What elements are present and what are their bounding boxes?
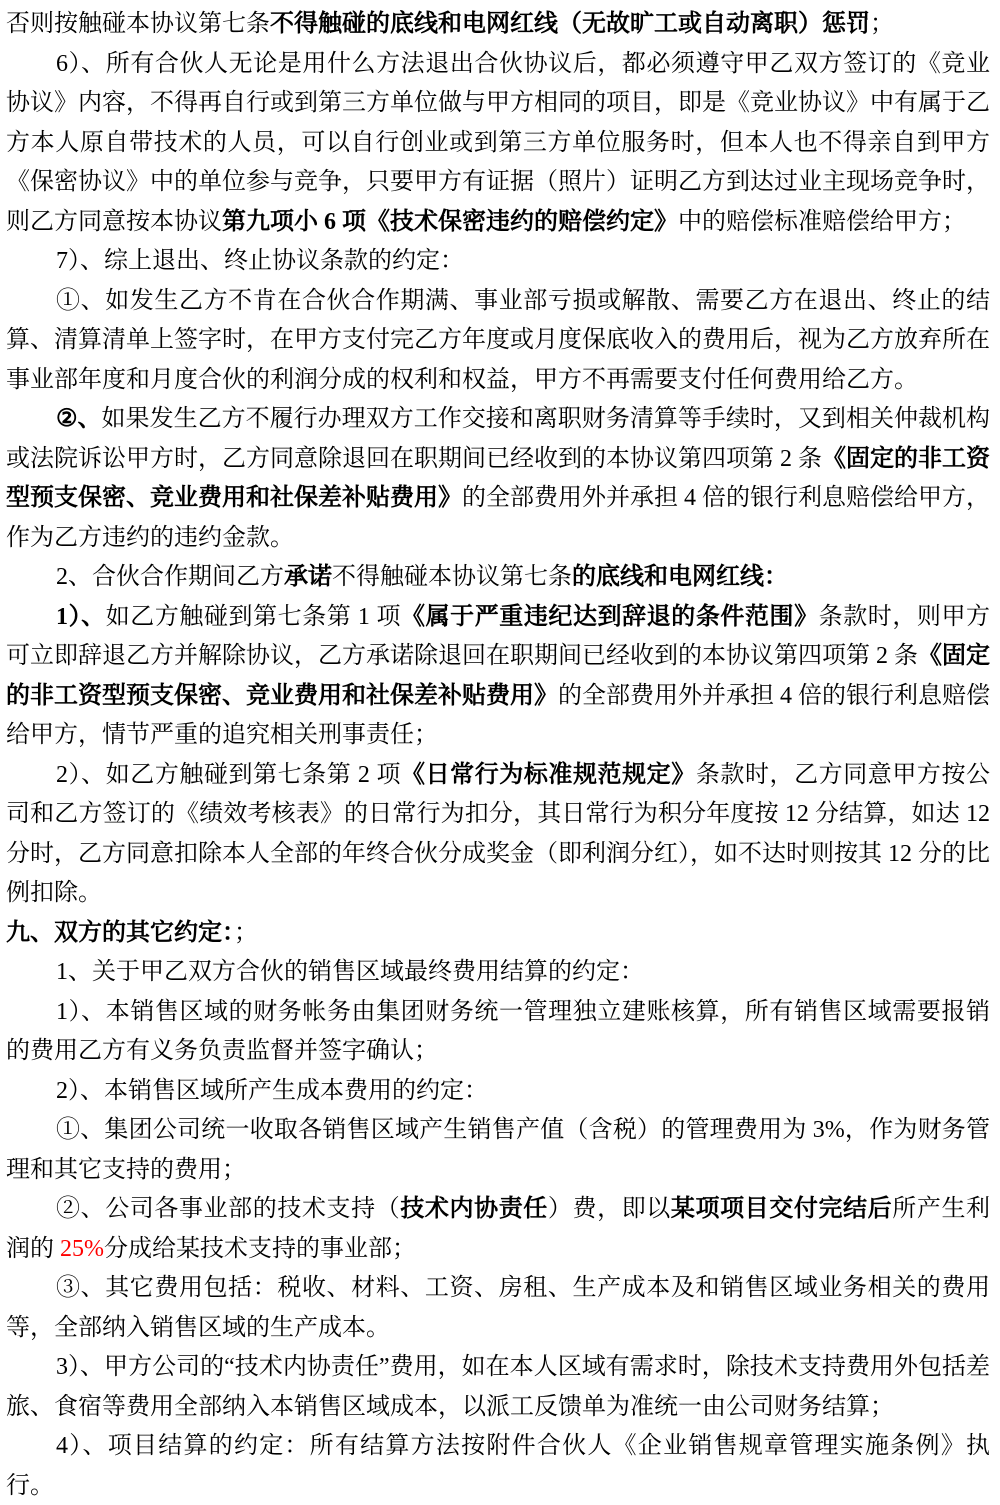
emphasis-text-run: 《日常行为标准规范规定》 — [401, 762, 696, 788]
text-run: ； — [870, 11, 894, 37]
paragraph: ②、公司各事业部的技术支持（技术内协责任）费，即以某项项目交付完结后所产生利润的… — [6, 1190, 990, 1269]
paragraph: 4）、项目结算的约定：所有结算方法按附件合伙人《企业销售规章管理实施条例》执行。 — [6, 1427, 990, 1505]
emphasis-text-run: 技术内协责任 — [400, 1196, 548, 1222]
text-run: 中的赔偿标准赔偿给甲方； — [678, 209, 966, 235]
paragraph: 1、关于甲乙双方合伙的销售区域最终费用结算的约定： — [6, 953, 990, 993]
text-run: 2、合伙合作期间乙方 — [56, 564, 284, 590]
paragraph: 3）、甲方公司的“技术内协责任”费用，如在本人区域有需求时，除技术支持费用外包括… — [6, 1348, 990, 1427]
paragraph: 否则按触碰本协议第七条不得触碰的底线和电网红线（无故旷工或自动离职）惩罚； — [6, 5, 990, 45]
text-run: 4）、项目结算的约定：所有结算方法按附件合伙人《企业销售规章管理实施条例》执行。 — [6, 1433, 990, 1499]
text-run: ）费，即以 — [548, 1196, 671, 1222]
text-run: 2）、本销售区域所产生成本费用的约定： — [56, 1078, 488, 1104]
paragraph: ①、如发生乙方不肯在合伙合作期满、事业部亏损或解散、需要乙方在退出、终止的结算、… — [6, 282, 990, 401]
paragraph: 1）、如乙方触碰到第七条第 1 项《属于严重违纪达到辞退的条件范围》条款时，则甲… — [6, 598, 990, 756]
text-run: 7）、综上退出、终止协议条款的约定： — [56, 248, 464, 274]
text-run: ③、其它费用包括：税收、材料、工资、房租、生产成本及和销售区域业务相关的费用等，… — [6, 1275, 990, 1341]
text-run: 3）、甲方公司的“技术内协责任”费用，如在本人区域有需求时，除技术支持费用外包括… — [6, 1354, 990, 1420]
paragraph: 7）、综上退出、终止协议条款的约定： — [6, 242, 990, 282]
emphasis-text-run: 某项项目交付完结后 — [671, 1196, 892, 1222]
paragraph: 1）、本销售区域的财务帐务由集团财务统一管理独立建账核算，所有销售区域需要报销的… — [6, 993, 990, 1072]
emphasis-text-run: 1）、 — [56, 604, 106, 630]
paragraph: 九、双方的其它约定：； — [6, 914, 990, 954]
text-run: 否则按触碰本协议第七条 — [6, 11, 270, 37]
text-run: ； — [234, 920, 258, 946]
emphasis-text-run: 九、双方的其它约定： — [6, 920, 234, 946]
text-run: 2）、如乙方触碰到第七条第 2 项 — [56, 762, 401, 788]
paragraph: ③、其它费用包括：税收、材料、工资、房租、生产成本及和销售区域业务相关的费用等，… — [6, 1269, 990, 1348]
emphasis-text-run: 《属于严重违纪达到辞退的条件范围》 — [401, 604, 819, 630]
text-run: 1）、本销售区域的财务帐务由集团财务统一管理独立建账核算，所有销售区域需要报销的… — [6, 999, 990, 1065]
emphasis-text-run: 的底线和电网红线： — [572, 564, 788, 590]
text-run: 不得触碰本协议第七条 — [332, 564, 572, 590]
text-run: ①、集团公司统一收取各销售区域产生销售产值（含税）的管理费用为 3%，作为财务管… — [6, 1117, 990, 1183]
paragraph: ①、集团公司统一收取各销售区域产生销售产值（含税）的管理费用为 3%，作为财务管… — [6, 1111, 990, 1190]
paragraph: 6）、所有合伙人无论是用什么方法退出合伙协议后，都必须遵守甲乙双方签订的《竞业协… — [6, 45, 990, 243]
emphasis-text-run: ②、 — [56, 406, 102, 432]
paragraph: 2、合伙合作期间乙方承诺不得触碰本协议第七条的底线和电网红线： — [6, 558, 990, 598]
paragraph: 2）、如乙方触碰到第七条第 2 项《日常行为标准规范规定》条款时，乙方同意甲方按… — [6, 756, 990, 914]
text-run: 如乙方触碰到第七条第 1 项 — [106, 604, 401, 630]
text-run: 分成给某技术支持的事业部； — [104, 1236, 416, 1262]
text-run: 6）、所有合伙人无论是用什么方法退出合伙协议后，都必须遵守甲乙双方签订的《竞业协… — [6, 51, 990, 235]
paragraph: 2）、本销售区域所产生成本费用的约定： — [6, 1072, 990, 1112]
text-run: 1、关于甲乙双方合伙的销售区域最终费用结算的约定： — [56, 959, 644, 985]
emphasis-text-run: 不得触碰的底线和电网红线（无故旷工或自动离职）惩罚 — [270, 11, 870, 37]
paragraph: ②、如果发生乙方不履行办理双方工作交接和离职财务清算等手续时，又到相关仲裁机构或… — [6, 400, 990, 558]
text-run: ②、公司各事业部的技术支持（ — [56, 1196, 400, 1222]
document-page: 否则按触碰本协议第七条不得触碰的底线和电网红线（无故旷工或自动离职）惩罚；6）、… — [0, 0, 1000, 1505]
emphasis-text-run: 第九项小 6 项《技术保密违约的赔偿约定》 — [222, 209, 678, 235]
emphasis-text-run: 承诺 — [284, 564, 332, 590]
highlighted-percentage: 25% — [60, 1236, 104, 1262]
text-run: ①、如发生乙方不肯在合伙合作期满、事业部亏损或解散、需要乙方在退出、终止的结算、… — [6, 288, 990, 393]
